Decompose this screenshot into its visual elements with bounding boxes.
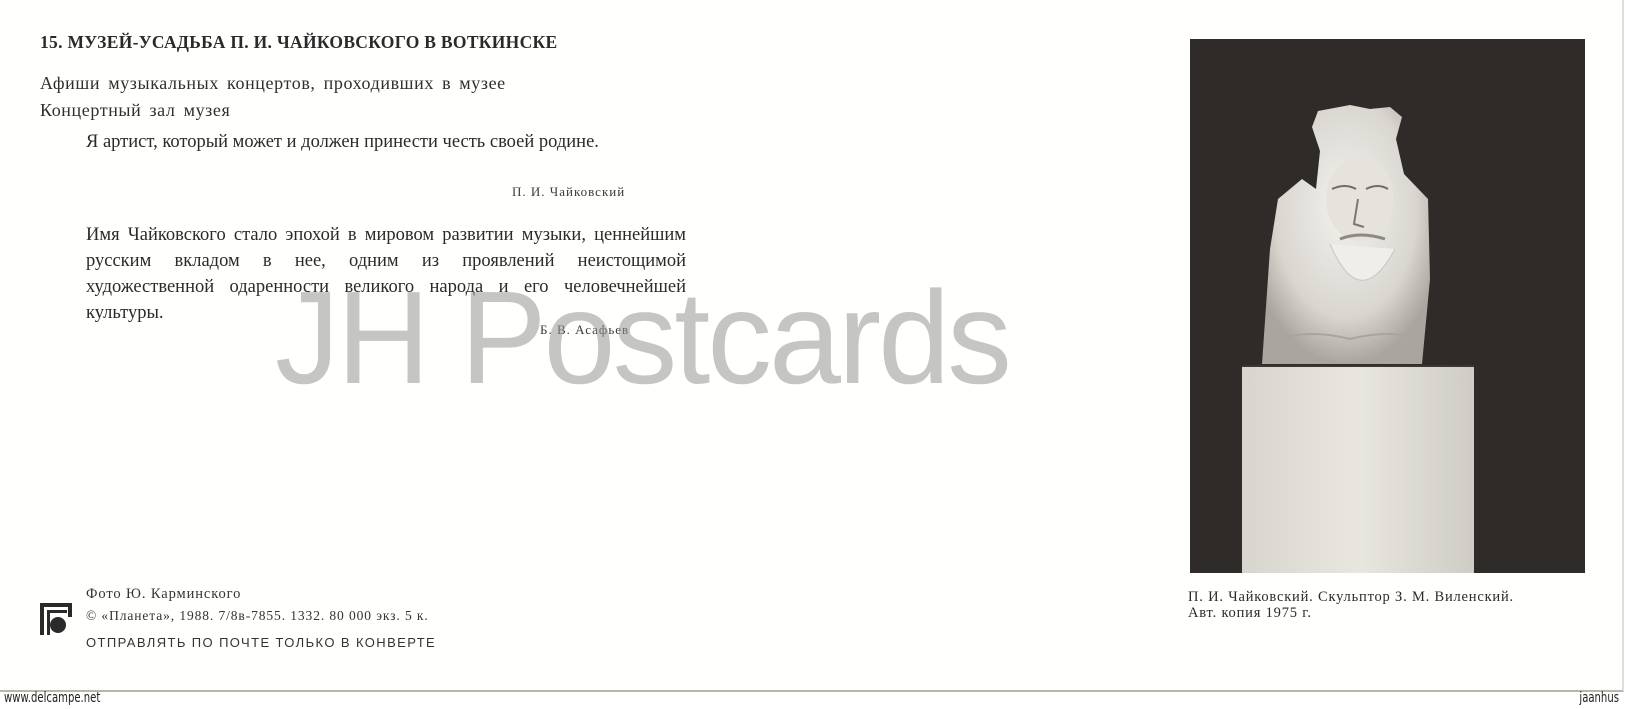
- footer-site-link[interactable]: www.delcampe.net: [4, 690, 100, 706]
- quote-author-tchaikovsky: П. И. Чайковский: [512, 184, 625, 200]
- publisher-info: © «Планета», 1988. 7/8в-7855. 1332. 80 0…: [86, 608, 429, 624]
- planeta-publisher-logo-icon: [39, 602, 73, 636]
- quote-asafyev: Имя Чайковского стало эпохой в мировом р…: [86, 222, 686, 326]
- mailing-note: ОТПРАВЛЯТЬ ПО ПОЧТЕ ТОЛЬКО В КОНВЕРТЕ: [86, 635, 436, 650]
- quote-tchaikovsky: Я артист, который может и должен принест…: [86, 129, 686, 155]
- postcard-title: 15. МУЗЕЙ-УСАДЬБА П. И. ЧАЙКОВСКОГО В ВО…: [40, 32, 558, 53]
- photo-caption-line2: Авт. копия 1975 г.: [1188, 605, 1312, 622]
- sculpture-photo: [1190, 39, 1585, 573]
- photo-credit: Фото Ю. Карминского: [86, 586, 241, 603]
- subtitle-posters: Афиши музыкальных концертов, проходивших…: [40, 73, 506, 94]
- footer-seller-name: jaanhus: [1579, 690, 1619, 706]
- photo-caption-line1: П. И. Чайковский. Скульптор З. М. Виленс…: [1188, 589, 1514, 606]
- postcard: 15. МУЗЕЙ-УСАДЬБА П. И. ЧАЙКОВСКОГО В ВО…: [0, 0, 1624, 692]
- tchaikovsky-bust-image: [1190, 39, 1585, 573]
- quote-author-asafyev: Б. В. Асафьев: [540, 322, 629, 338]
- subtitle-concert-hall: Концертный зал музея: [40, 100, 230, 121]
